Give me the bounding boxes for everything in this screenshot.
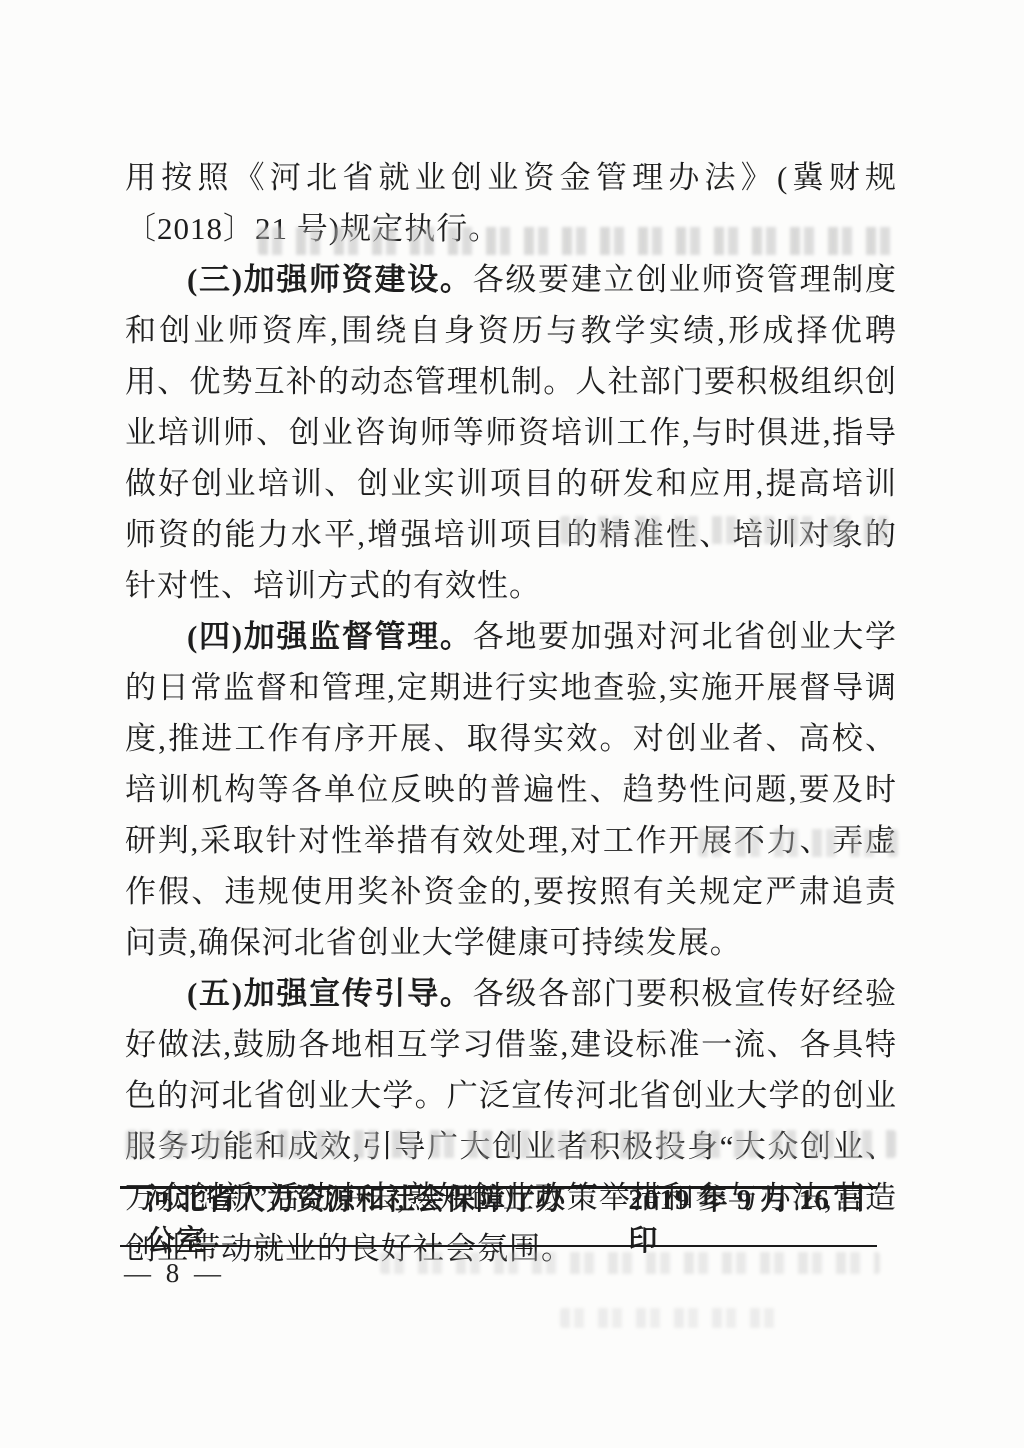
- paragraph-item-3: (三)加强师资建设。各级要建立创业师资管理制度和创业师资库,围绕自身资历与教学实…: [125, 254, 897, 611]
- bleed-through-artifact: [560, 1308, 780, 1328]
- scanned-document-page: 用按照《河北省就业创业资金管理办法》(冀财规〔2018〕21 号)规定执行。 (…: [0, 0, 1024, 1448]
- paragraph-heading: (四)加强监督管理。: [187, 619, 473, 654]
- paragraph-item-4: (四)加强监督管理。各地要加强对河北省创业大学的日常监督和管理,定期进行实地查验…: [125, 611, 897, 968]
- footer: 河北省人力资源和社会保障厅办公室 2019 年 9 月 16 日印: [120, 1196, 877, 1240]
- paragraph-heading: (五)加强宣传引导。: [187, 976, 473, 1011]
- paragraph-continuation: 用按照《河北省就业创业资金管理办法》(冀财规〔2018〕21 号)规定执行。: [125, 152, 897, 254]
- footer-divider-bottom: [120, 1245, 877, 1247]
- page-number: — 8 —: [124, 1258, 225, 1289]
- paragraph-heading: (三)加强师资建设。: [187, 262, 473, 297]
- paragraph-text: 用按照《河北省就业创业资金管理办法》(冀财规〔2018〕21 号)规定执行。: [125, 160, 897, 246]
- document-body: 用按照《河北省就业创业资金管理办法》(冀财规〔2018〕21 号)规定执行。 (…: [125, 152, 897, 1274]
- paragraph-text: 各级要建立创业师资管理制度和创业师资库,围绕自身资历与教学实绩,形成择优聘用、优…: [125, 262, 897, 603]
- paragraph-text: 各地要加强对河北省创业大学的日常监督和管理,定期进行实地查验,实施开展督导调度,…: [125, 619, 897, 960]
